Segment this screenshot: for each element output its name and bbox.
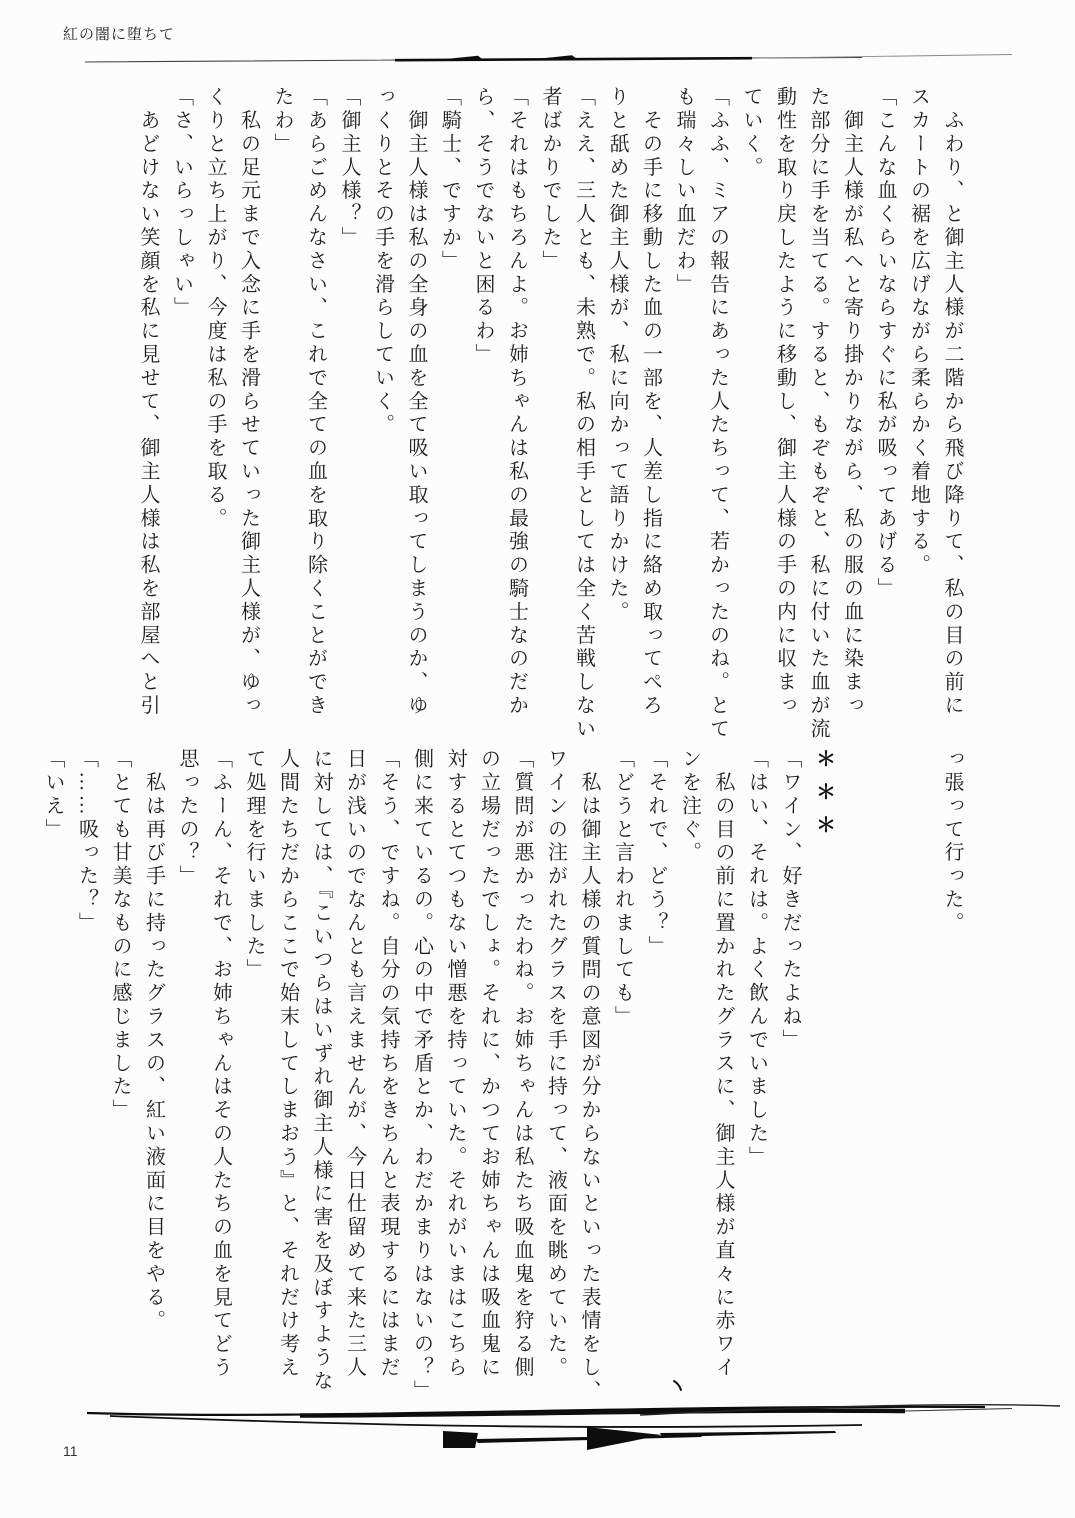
text-column: りと舐めた御主人様が、私に向かって語りかけた。	[607, 86, 627, 742]
text-column: 「それで、どう？」	[646, 748, 666, 1410]
page-number: 11	[63, 1443, 78, 1459]
text-column: 動性を取り戻したように移動し、御主人様の手の内に収まっ	[775, 86, 795, 742]
text-column: 御主人様は私の全身の血を全て吸い取ってしまうのか、ゆ	[406, 86, 426, 742]
text-column: 私の足元まで入念に手を滑らせていった御主人様が、ゆっ	[239, 86, 259, 742]
text-column: スカートの裾を広げながら柔らかく着地する。	[909, 86, 929, 742]
text-column: 「はい、それは。よく飲んでいました」	[747, 748, 767, 1410]
text-column: その手に移動した血の一部を、人差し指に絡め取ってぺろ	[641, 86, 661, 742]
text-column: 「さ、いらっしゃい」	[172, 86, 192, 742]
text-column: 「御主人様？」	[339, 86, 359, 742]
text-column: 「ええ、三人とも、未熟で。私の相手としては全く苦戦しない	[574, 86, 594, 742]
text-column: 「あらごめんなさい、これで全ての血を取り除くことができ	[306, 86, 326, 742]
text-column: ていく。	[741, 86, 761, 742]
top-rule-decoration	[0, 48, 1075, 72]
section-break-asterisks: ＊＊＊	[814, 748, 929, 1410]
bottom-text-block: っ張って行った。 ＊＊＊ 「ワイン、好きだったよね」 「はい、それは。よく飲んで…	[43, 748, 962, 1410]
text-column: 「とても甘美なものに感じました」	[110, 748, 130, 1410]
bottom-swoosh-decoration	[0, 1375, 1075, 1465]
text-column: 「ワイン、好きだったよね」	[780, 748, 800, 1410]
text-column: に対しては、『こいつらはいずれ御主人様に害を及ぼすような	[311, 748, 331, 1410]
text-column: 私は再び手に持ったグラスの、紅い液面に目をやる。	[144, 748, 164, 1410]
text-column: も瑞々しい血だわ」	[674, 86, 694, 742]
text-column: っくりとその手を滑らしていく。	[373, 86, 393, 742]
text-column: ワインの注がれたグラスを手に持って、液面を眺めていた。	[546, 748, 566, 1410]
text-column: 「そう、ですね。自分の気持ちをきちんと表現するにはまだ	[378, 748, 398, 1410]
text-column: 対するとてつもない憎悪を持っていた。それがいまはこちら	[445, 748, 465, 1410]
text-column: 「それはもちろんよ。お姉ちゃんは私の最強の騎士なのだか	[507, 86, 527, 742]
text-column: た部分に手を当てる。すると、もぞもぞと、私に付いた血が流	[808, 86, 828, 742]
text-column: 側に来ているの。心の中で矛盾とか、わだかまりはないの？」	[412, 748, 432, 1410]
text-column: 人間たちだからここで始末してしまおう』と、それだけ考え	[278, 748, 298, 1410]
text-column: 私は御主人様の質問の意図が分からないといった表情をし、	[579, 748, 599, 1410]
text-column: 「ふーん、それで、お姉ちゃんはその人たちの血を見てどう	[211, 748, 231, 1410]
text-column: っ張って行った。	[942, 748, 962, 1410]
text-column: たわ」	[272, 86, 292, 742]
document-page: 紅の闇に堕ちて ふわり、と御主人様が二階から飛び降りて、私の目の前に スカートの…	[0, 0, 1075, 1518]
text-column: 「質問が悪かったわね。お姉ちゃんは私たち吸血鬼を狩る側	[512, 748, 532, 1410]
text-column: 「こんな血くらいならすぐに私が吸ってあげる」	[875, 86, 895, 742]
text-column: 「どうと言われましても」	[613, 748, 633, 1410]
text-column: 私の目の前に置かれたグラスに、御主人様が直々に赤ワイ	[713, 748, 733, 1410]
page-header-title: 紅の闇に堕ちて	[63, 23, 175, 44]
text-column: くりと立ち上がり、今度は私の手を取る。	[205, 86, 225, 742]
text-column: あどけない笑顔を私に見せて、御主人様は私を部屋へと引	[138, 86, 158, 742]
text-column: 者ばかりでした」	[540, 86, 560, 742]
text-column: 「……吸った？」	[77, 748, 97, 1410]
text-column: 「いえ」	[43, 748, 63, 1410]
text-column: 「騎士、ですか」	[440, 86, 460, 742]
text-column: 日が浅いのでなんとも言えませんが、今日仕留めて来た三人	[345, 748, 365, 1410]
text-column: ンを注ぐ。	[680, 748, 700, 1410]
text-column: 「ふふ、ミアの報告にあった人たちって、若かったのね。とて	[708, 86, 728, 742]
top-text-block: ふわり、と御主人様が二階から飛び降りて、私の目の前に スカートの裾を広げながら柔…	[138, 86, 962, 742]
text-column: ふわり、と御主人様が二階から飛び降りて、私の目の前に	[942, 86, 962, 742]
text-column: て処理を行いました」	[244, 748, 264, 1410]
text-column: の立場だったでしょ。それに、かつてお姉ちゃんは吸血鬼に	[479, 748, 499, 1410]
text-column: 思ったの？」	[177, 748, 197, 1410]
text-column: 御主人様が私へと寄り掛かりながら、私の服の血に染まっ	[842, 86, 862, 742]
text-column: ら、そうでないと困るわ」	[473, 86, 493, 742]
